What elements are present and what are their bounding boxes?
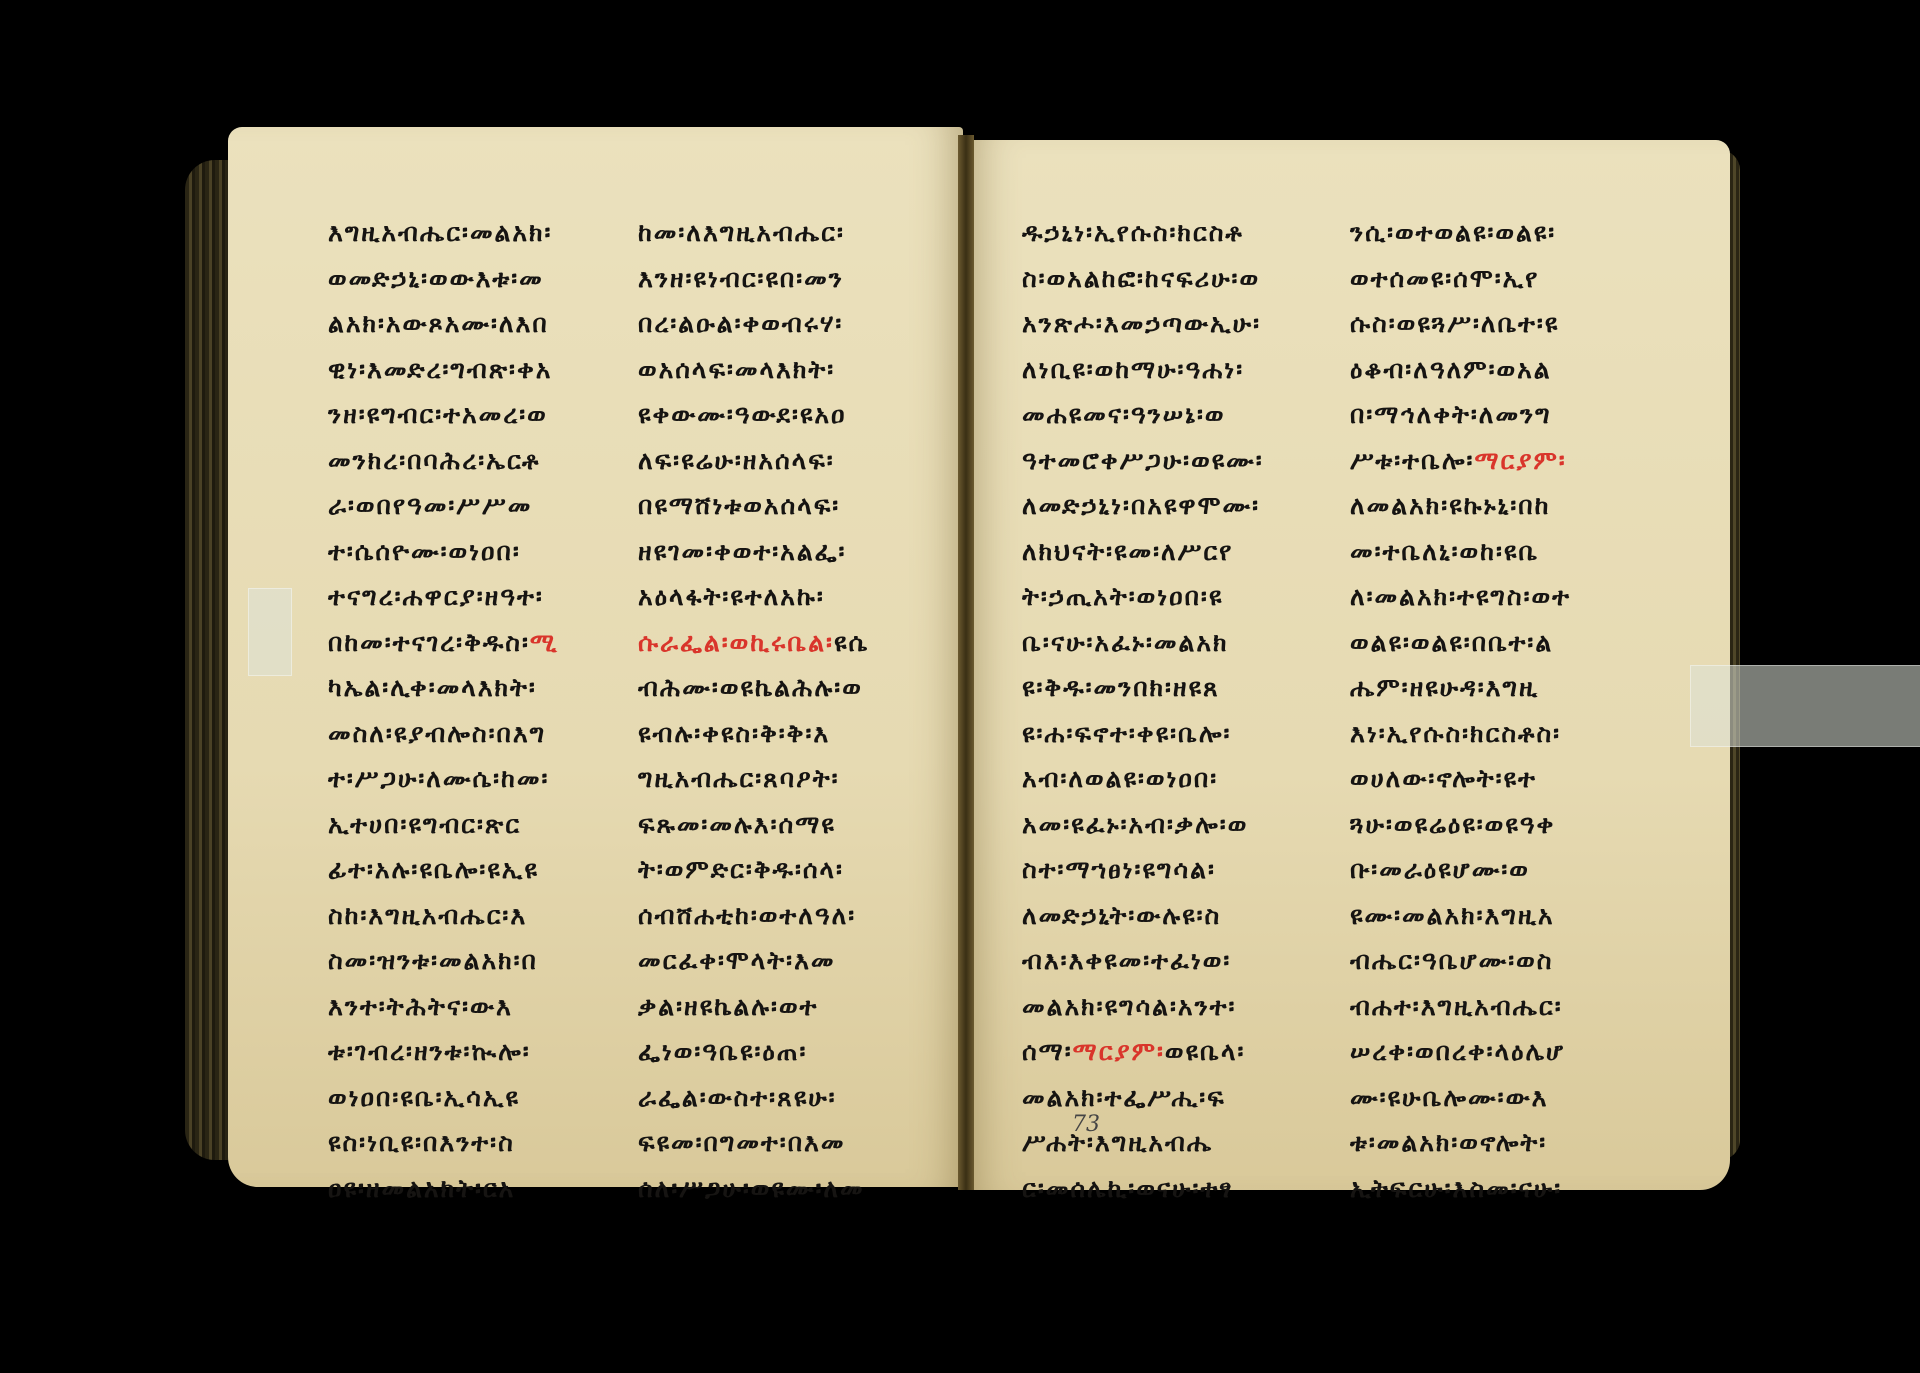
line-text: ት፡ኃጢአት፡ወነዐበ፡ዩ [1022,582,1223,611]
manuscript-line: ወተሰመዩ፡ሰሞ፡ኢየ [1350,256,1571,302]
manuscript-line: ት፡ወምድር፡ቅዱ፡ሰላ፡ [638,847,869,893]
line-text: ዩቀውሙ፡ዓውደ፡ዩአዐ [638,400,846,429]
line-text: ር፡መሰሌኪ፡ወናሁ፡ተፃ [1022,1174,1233,1203]
manuscript-line: ለመድኃኒት፡ውሉዩ፡ስ [1022,893,1264,939]
manuscript-line: ዩቀውሙ፡ዓውደ፡ዩአዐ [638,392,869,438]
line-text: ዩብሉ፡ቀዩስ፡ቅ፡ቅ፡እ [638,719,830,748]
line-text: ተናግረ፡ሐዋርያ፡ዘዓተ፡ [328,582,544,611]
manuscript-line: እነ፡ኢየሱስ፡ክርስቶስ፡ [1350,711,1571,757]
line-text: ተ፡ሥጋሁ፡ለሙሴ፡ከመ፡ [328,764,549,793]
line-text: ት፡ወምድር፡ቅዱ፡ሰላ፡ [638,855,844,884]
line-text: መልአክ፡ተፌሥሒ፡ፍ [1022,1083,1226,1112]
line-text: ወልዩ፡ወልዩ፡በቤተ፡ል [1350,628,1553,657]
manuscript-line: ቡ፡መራዕዩሆሙ፡ወ [1350,847,1571,893]
manuscript-line: ዘዩገመ፡ቀወተ፡አልፌ፡ [638,529,869,575]
left-page-column-2: ከመ፡ለእግዚአብሔር፡እንዘ፡ዩነብር፡ዩበ፡መንበረ፡ልዑል፡ቀወብሩሃ፡ወ… [638,210,869,1211]
line-text: ቱ፡መልአክ፡ወኖሎት፡ [1350,1128,1547,1157]
line-text: አዕላፋት፡ዩተለአኩ፡ [638,582,825,611]
manuscript-line: ፍጹመ፡መሉእ፡ሰማዩ [638,802,869,848]
manuscript-line: ስተ፡ማኀፀነ፡ዩግሳል፡ [1022,847,1264,893]
manuscript-line: ወመድኃኒ፡ወውእቱ፡መ [328,256,559,302]
line-text: እግዚአብሔር፡መልአክ፡ [328,218,552,247]
manuscript-line: ለነቢዩ፡ወከማሁ፡ዓሐነ፡ [1022,347,1264,393]
line-text: በዩማሸነቱወአሰላፍ፡ [638,491,840,520]
manuscript-line: ዱኃኒነ፡ኢየሱስ፡ክርስቶ [1022,210,1264,256]
manuscript-line: መልአክ፡ዩግሳል፡አንተ፡ [1022,984,1264,1030]
line-text: ሰብሸሐቲከ፡ወተለዓለ፡ [638,901,856,930]
manuscript-line: እንተ፡ትሕትና፡ውእ [328,984,559,1030]
manuscript-line: መንክረ፡በባሕረ፡ኤርቶ [328,438,559,484]
left-page-column-1: እግዚአብሔር፡መልአክ፡ወመድኃኒ፡ወውእቱ፡መልአክ፡አውጾአሙ፡ለእበዊነ… [328,210,559,1211]
right-page-column-2: ንሲ፡ወተወልዩ፡ወልዩ፡ወተሰመዩ፡ሰሞ፡ኢየሱስ፡ወዩጓሥ፡ለቤተ፡ዩዕቆብ… [1350,210,1571,1211]
line-suffix: ዩሴ [834,628,869,657]
manuscript-line: ት፡ኃጢአት፡ወነዐበ፡ዩ [1022,574,1264,620]
manuscript-line: ር፡መሰሌኪ፡ወናሁ፡ተፃ [1022,1166,1264,1212]
line-text: ንዘ፡ዩግብር፡ተአመረ፡ወ [328,400,548,429]
line-text: ራፌል፡ውስተ፡ጸዩሁ፡ [638,1083,837,1112]
line-text: አንጽሖ፡እመኃጣውኢሁ፡ [1022,309,1261,338]
line-text: ሠረቀ፡ወበረቀ፡ላዕሌሆ [1350,1037,1565,1066]
manuscript-line: ወሀለው፡ኖሎት፡ዩተ [1350,756,1571,802]
manuscript-line: ዩስ፡ነቢዩ፡በእንተ፡ስ [328,1120,559,1166]
manuscript-line: ስከ፡እግዚአብሔር፡እ [328,893,559,939]
manuscript-line: አመ፡ዩፈኑ፡አብ፡ቃሎ፡ወ [1022,802,1264,848]
line-text: ቱ፡ገብረ፡ዘንቱ፡ኲሎ፡ [328,1037,531,1066]
manuscript-line: ራ፡ወበየዓመ፡ሥሥመ [328,483,559,529]
line-text: ብእ፡እቀዩመ፡ተፈነወ፡ [1022,946,1231,975]
line-text: በረ፡ልዑል፡ቀወብሩሃ፡ [638,309,843,338]
tape-tab-left [248,588,292,676]
manuscript-line: አብ፡ለወልዩ፡ወነዐበ፡ [1022,756,1264,802]
line-text: ፌነወ፡ዓቤዩ፡ዕጠ፡ [638,1037,807,1066]
line-text: መርፈቀ፡ሞላት፡እመ [638,946,836,975]
line-text: ወሀለው፡ኖሎት፡ዩተ [1350,764,1537,793]
manuscript-line: ልአክ፡አውጾአሙ፡ለእበ [328,301,559,347]
manuscript-line: ዩብሉ፡ቀዩስ፡ቅ፡ቅ፡እ [638,711,869,757]
manuscript-line: ቱ፡ገብረ፡ዘንቱ፡ኲሎ፡ [328,1029,559,1075]
line-text: ሔም፡ዘዩሁዳ፡እግዚ [1350,673,1539,702]
line-text: ፍጹመ፡መሉእ፡ሰማዩ [638,810,836,839]
manuscript-line: ሰማ፡ማርያም፡ወዩቤላ፡ [1022,1029,1264,1075]
rubric-text: ማርያም፡ [1073,1037,1165,1066]
line-text: ስተ፡ማኀፀነ፡ዩግሳል፡ [1022,855,1216,884]
manuscript-line: ጓሁ፡ወዩሬዕዩ፡ወዩዓቀ [1350,802,1571,848]
manuscript-line: በከመ፡ተናገረ፡ቅዱስ፡ሚ [328,620,559,666]
manuscript-line: ብሔር፡ዓቤሆሙ፡ወስ [1350,938,1571,984]
manuscript-line: ቃል፡ዘዩኬልሉ፡ወተ [638,984,869,1030]
line-text: ዱኃኒነ፡ኢየሱስ፡ክርስቶ [1022,218,1244,247]
line-text: ወአሰላፍ፡መላእክት፡ [638,355,835,384]
manuscript-line: ዕቆብ፡ለዓለም፡ወአል [1350,347,1571,393]
line-text: በ፡ማኅለቀት፡ለመንግ [1350,400,1552,429]
manuscript-line: ኢተሀበ፡ዩግብር፡ጽር [328,802,559,848]
manuscript-line: አዕላፋት፡ዩተለአኩ፡ [638,574,869,620]
manuscript-line: ሱስ፡ወዩጓሥ፡ለቤተ፡ዩ [1350,301,1571,347]
line-text: ብሐተ፡እግዚአብሔር፡ [1350,992,1563,1021]
manuscript-line: ራፌል፡ውስተ፡ጸዩሁ፡ [638,1075,869,1121]
line-text: ግዚአብሔር፡ጸባዖት፡ [638,764,840,793]
line-text: ካኤል፡ሊቀ፡መላእክት፡ [328,673,537,702]
line-text: ዕቆብ፡ለዓለም፡ወአል [1350,355,1552,384]
manuscript-line: መ፡ተቤለኒ፡ወከ፡ዩቤ [1350,529,1571,575]
manuscript-line: ብሕሙ፡ወዩኬልሕሉ፡ወ [638,665,869,711]
line-text: በከመ፡ተናገረ፡ቅዱስ፡ [328,628,530,657]
manuscript-line: ንዘ፡ዩግብር፡ተአመረ፡ወ [328,392,559,438]
manuscript-line: ዐዩ፡ዘመልአክት፡ርአ [328,1166,559,1212]
manuscript-line: ለመልአክ፡ዩኩኑኒ፡በከ [1350,483,1571,529]
line-text: ለመድኃኒነ፡በአዩዋሞሙ፡ [1022,491,1260,520]
line-text: ለክህናት፡ዩመ፡ለሥርየ [1022,537,1233,566]
manuscript-line: ተ፡ሴሰዮሙ፡ወነዐበ፡ [328,529,559,575]
manuscript-line: ከመ፡ለእግዚአብሔር፡ [638,210,869,256]
line-text: ሰማ፡ [1022,1037,1073,1066]
manuscript-line: ዩ፡ሐ፡ፍኖተ፡ቀዩ፡ቤሎ፡ [1022,711,1264,757]
manuscript-line: ሠረቀ፡ወበረቀ፡ላዕሌሆ [1350,1029,1571,1075]
line-text: መንክረ፡በባሕረ፡ኤርቶ [328,446,540,475]
manuscript-line: ሥቱ፡ተቤሎ፡ማርያም፡ [1350,438,1571,484]
line-text: ከመ፡ለእግዚአብሔር፡ [638,218,845,247]
manuscript-line: ግዚአብሔር፡ጸባዖት፡ [638,756,869,802]
line-text: ስ፡ወአልከፎ፡ከናፍሪሁ፡ወ [1022,264,1260,293]
manuscript-line: እንዘ፡ዩነብር፡ዩበ፡መን [638,256,869,302]
manuscript-line: ዩሙ፡መልአክ፡እግዚአ [1350,893,1571,939]
rubric-text: ማርያም፡ [1474,446,1566,475]
line-text: ወነዐበ፡ዩቤ፡ኢሳኢዩ [328,1083,520,1112]
tape-tab-right [1690,665,1920,747]
line-text: ኢትፍርሁ፡እስመ፡ናሁ፡ [1350,1174,1562,1203]
line-text: እንተ፡ትሕትና፡ውእ [328,992,513,1021]
line-text: ዩሙ፡መልአክ፡እግዚአ [1350,901,1555,930]
line-text: ብሕሙ፡ወዩኬልሕሉ፡ወ [638,673,863,702]
manuscript-line: ሔም፡ዘዩሁዳ፡እግዚ [1350,665,1571,711]
manuscript-line: ፊተ፡አሉ፡ዩቤሎ፡ዩኢዩ [328,847,559,893]
manuscript-line: ፌነወ፡ዓቤዩ፡ዕጠ፡ [638,1029,869,1075]
folio-number: 73 [1072,1112,1100,1137]
manuscript-line: ዩ፡ቅዱ፡መንበክ፡ዘዩጸ [1022,665,1264,711]
line-text: ለመልአክ፡ዩኩኑኒ፡በከ [1350,491,1550,520]
line-text: ዩ፡ቅዱ፡መንበክ፡ዘዩጸ [1022,673,1220,702]
line-suffix: ወዩቤላ፡ [1165,1037,1245,1066]
line-text: ፊተ፡አሉ፡ዩቤሎ፡ዩኢዩ [328,855,539,884]
line-text: ቤ፡ናሁ፡አፈኑ፡መልአክ [1022,628,1229,657]
line-text: ቃል፡ዘዩኬልሉ፡ወተ [638,992,818,1021]
line-text: ሱስ፡ወዩጓሥ፡ለቤተ፡ዩ [1350,309,1559,338]
manuscript-line: መስለ፡ዩያብሎስ፡በእግ [328,711,559,757]
manuscript-line: ዊነ፡እመድረ፡ግብጽ፡ቀአ [328,347,559,393]
manuscript-line: ወነዐበ፡ዩቤ፡ኢሳኢዩ [328,1075,559,1121]
manuscript-line: ለመድኃኒነ፡በአዩዋሞሙ፡ [1022,483,1264,529]
line-text: ዩስ፡ነቢዩ፡በእንተ፡ስ [328,1128,515,1157]
line-text: ለመድኃኒት፡ውሉዩ፡ስ [1022,901,1221,930]
line-text: እንዘ፡ዩነብር፡ዩበ፡መን [638,264,844,293]
manuscript-line: በ፡ማኅለቀት፡ለመንግ [1350,392,1571,438]
line-text: መሐዩመና፡ዓንሠኔ፡ወ [1022,400,1225,429]
manuscript-line: መልአክ፡ተፌሥሒ፡ፍ [1022,1075,1264,1121]
line-text: ወመድኃኒ፡ወውእቱ፡መ [328,264,544,293]
manuscript-line: መሐዩመና፡ዓንሠኔ፡ወ [1022,392,1264,438]
manuscript-line: ወአሰላፍ፡መላእክት፡ [638,347,869,393]
line-text: ወተሰመዩ፡ሰሞ፡ኢየ [1350,264,1539,293]
manuscript-line: ለፍ፡ዩሬሁ፡ዘአሰላፍ፡ [638,438,869,484]
manuscript-line: ተ፡ሥጋሁ፡ለሙሴ፡ከመ፡ [328,756,559,802]
line-text: ዘዩገመ፡ቀወተ፡አልፌ፡ [638,537,846,566]
line-text: ለፍ፡ዩሬሁ፡ዘአሰላፍ፡ [638,446,835,475]
manuscript-line: ሰብሸሐቲከ፡ወተለዓለ፡ [638,893,869,939]
manuscript-line: ፍዩመ፡በግመተ፡በእመ [638,1120,869,1166]
line-text: ስከ፡እግዚአብሔር፡እ [328,901,527,930]
manuscript-line: በረ፡ልዑል፡ቀወብሩሃ፡ [638,301,869,347]
manuscript-line: ሰለ፡ሥጋሁ፡ወዩሙ፡ለመ [638,1166,869,1212]
line-text: ተ፡ሴሰዮሙ፡ወነዐበ፡ [328,537,521,566]
line-text: መ፡ተቤለኒ፡ወከ፡ዩቤ [1350,537,1539,566]
manuscript-line: ብእ፡እቀዩመ፡ተፈነወ፡ [1022,938,1264,984]
line-text: ብሔር፡ዓቤሆሙ፡ወስ [1350,946,1553,975]
manuscript-line: ለ፡መልአክ፡ተዩግስ፡ወተ [1350,574,1571,620]
manuscript-line: ሥሐት፡እግዚአብሔ [1022,1120,1264,1166]
manuscript-line: ስመ፡ዝንቱ፡መልአክ፡በ [328,938,559,984]
line-text: ዊነ፡እመድረ፡ግብጽ፡ቀአ [328,355,552,384]
right-page-column-1: ዱኃኒነ፡ኢየሱስ፡ክርስቶስ፡ወአልከፎ፡ከናፍሪሁ፡ወአንጽሖ፡እመኃጣውኢ… [1022,210,1264,1211]
line-text: ሙ፡ዩሁቤሎሙ፡ውእ [1350,1083,1548,1112]
manuscript-line: ስ፡ወአልከፎ፡ከናፍሪሁ፡ወ [1022,256,1264,302]
line-text: ቡ፡መራዕዩሆሙ፡ወ [1350,855,1530,884]
line-text: ዐዩ፡ዘመልአክት፡ርአ [328,1174,515,1203]
manuscript-line: ኢትፍርሁ፡እስመ፡ናሁ፡ [1350,1166,1571,1212]
manuscript-line: በዩማሸነቱወአሰላፍ፡ [638,483,869,529]
manuscript-line: ተናግረ፡ሐዋርያ፡ዘዓተ፡ [328,574,559,620]
manuscript-line: ሙ፡ዩሁቤሎሙ፡ውእ [1350,1075,1571,1121]
manuscript-line: ብሐተ፡እግዚአብሔር፡ [1350,984,1571,1030]
manuscript-line: ለክህናት፡ዩመ፡ለሥርየ [1022,529,1264,575]
manuscript-line: ሱራፌል፡ወኪሩቤል፡ዩሴ [638,620,869,666]
line-text: ለ፡መልአክ፡ተዩግስ፡ወተ [1350,582,1571,611]
line-text: መስለ፡ዩያብሎስ፡በእግ [328,719,546,748]
manuscript-line: ካኤል፡ሊቀ፡መላእክት፡ [328,665,559,711]
line-text: ዓተመሮቀሥጋሁ፡ወዩሙ፡ [1022,446,1264,475]
manuscript-line: ወልዩ፡ወልዩ፡በቤተ፡ል [1350,620,1571,666]
manuscript-line: እግዚአብሔር፡መልአክ፡ [328,210,559,256]
line-text: ሥቱ፡ተቤሎ፡ [1350,446,1474,475]
line-text: ራ፡ወበየዓመ፡ሥሥመ [328,491,532,520]
line-text: ፍዩመ፡በግመተ፡በእመ [638,1128,845,1157]
manuscript-line: ንሲ፡ወተወልዩ፡ወልዩ፡ [1350,210,1571,256]
line-text: ንሲ፡ወተወልዩ፡ወልዩ፡ [1350,218,1556,247]
line-text: አመ፡ዩፈኑ፡አብ፡ቃሎ፡ወ [1022,810,1248,839]
line-text: ለነቢዩ፡ወከማሁ፡ዓሐነ፡ [1022,355,1244,384]
book-gutter [958,135,974,1190]
manuscript-line: ቤ፡ናሁ፡አፈኑ፡መልአክ [1022,620,1264,666]
line-text: መልአክ፡ዩግሳል፡አንተ፡ [1022,992,1236,1021]
manuscript-line: መርፈቀ፡ሞላት፡እመ [638,938,869,984]
manuscript-line: አንጽሖ፡እመኃጣውኢሁ፡ [1022,301,1264,347]
manuscript-line: ዓተመሮቀሥጋሁ፡ወዩሙ፡ [1022,438,1264,484]
line-text: ሥሐት፡እግዚአብሔ [1022,1128,1213,1157]
line-text: ጓሁ፡ወዩሬዕዩ፡ወዩዓቀ [1350,810,1555,839]
line-text: ልአክ፡አውጾአሙ፡ለእበ [328,309,549,338]
line-text: ስመ፡ዝንቱ፡መልአክ፡በ [328,946,538,975]
line-text: ዩ፡ሐ፡ፍኖተ፡ቀዩ፡ቤሎ፡ [1022,719,1231,748]
line-text: ኢተሀበ፡ዩግብር፡ጽር [328,810,521,839]
line-text: እነ፡ኢየሱስ፡ክርስቶስ፡ [1350,719,1561,748]
rubric-text: ሚ [530,628,559,657]
manuscript-line: ቱ፡መልአክ፡ወኖሎት፡ [1350,1120,1571,1166]
line-text: አብ፡ለወልዩ፡ወነዐበ፡ [1022,764,1218,793]
line-text: ሰለ፡ሥጋሁ፡ወዩሙ፡ለመ [638,1174,865,1203]
rubric-text: ሱራፌል፡ወኪሩቤል፡ [638,628,834,657]
